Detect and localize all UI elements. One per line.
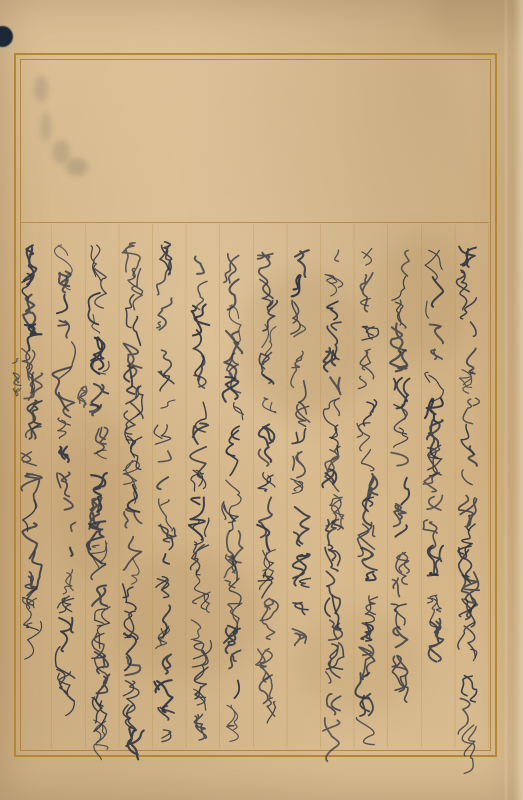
handwriting-ink <box>0 0 523 800</box>
manuscript-page: 卅ない丁度観察かカールハイトの検査に来てあすので診て呉れた右肺甚おい呼氣逃長とあ… <box>0 0 523 800</box>
